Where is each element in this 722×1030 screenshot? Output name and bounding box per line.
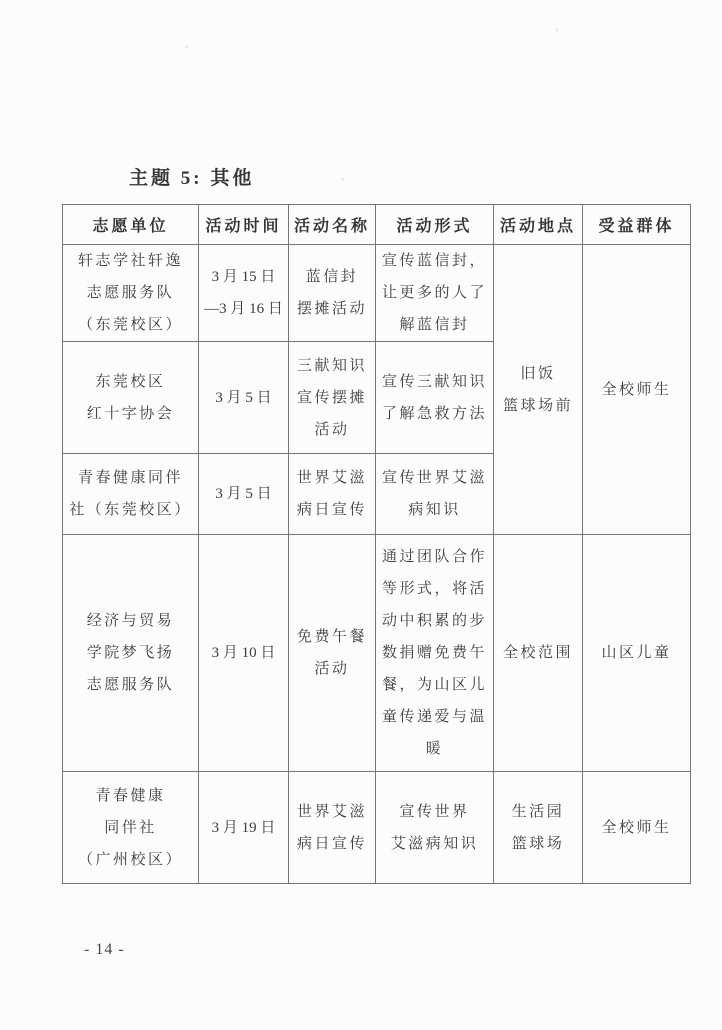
table-header-row: 志愿单位 活动时间 活动名称 活动形式 活动地点 受益群体 xyxy=(63,205,691,245)
cell-location: 全校范围 xyxy=(494,535,583,772)
cell-form: 宣传蓝信封， 让更多的人了 解蓝信封 xyxy=(376,245,494,342)
cell-name: 三献知识 宣传摆摊 活动 xyxy=(289,342,376,454)
table-row: 青春健康 同伴社 （广州校区） 3 月 19 日 世界艾滋 病日宣传 宣传世界 … xyxy=(63,772,691,884)
cell-time: 3 月 19 日 xyxy=(199,772,289,884)
activities-table: 志愿单位 活动时间 活动名称 活动形式 活动地点 受益群体 轩志学社轩逸 志愿服… xyxy=(62,204,691,884)
column-header-name: 活动名称 xyxy=(289,205,376,245)
page-title: 主题 5: 其他 xyxy=(129,163,254,190)
cell-name: 世界艾滋 病日宣传 xyxy=(289,772,376,884)
cell-beneficiary: 全校师生 xyxy=(583,245,691,535)
cell-time: 3 月 10 日 xyxy=(199,535,289,772)
cell-time: 3 月 15 日 —3 月 16 日 xyxy=(199,245,289,342)
table-row: 轩志学社轩逸 志愿服务队 （东莞校区） 3 月 15 日 —3 月 16 日 蓝… xyxy=(63,245,691,342)
document-page: 主题 5: 其他 志愿单位 活动时间 活动名称 活动形式 活动地点 受益群体 轩… xyxy=(0,0,722,1030)
column-header-form: 活动形式 xyxy=(376,205,494,245)
cell-beneficiary: 全校师生 xyxy=(583,772,691,884)
cell-time: 3 月 5 日 xyxy=(199,342,289,454)
cell-name: 世界艾滋 病日宣传 xyxy=(289,454,376,535)
column-header-time: 活动时间 xyxy=(199,205,289,245)
column-header-beneficiary: 受益群体 xyxy=(583,205,691,245)
cell-form: 通过团队合作 等形式，将活 动中积累的步 数捐赠免费午 餐，为山区儿 童传递爱与… xyxy=(376,535,494,772)
scan-artifact xyxy=(185,45,188,48)
cell-unit: 青春健康同伴 社（东莞校区） xyxy=(63,454,199,535)
cell-beneficiary: 山区儿童 xyxy=(583,535,691,772)
cell-unit: 青春健康 同伴社 （广州校区） xyxy=(63,772,199,884)
table-row: 经济与贸易 学院梦飞扬 志愿服务队 3 月 10 日 免费午餐 活动 通过团队合… xyxy=(63,535,691,772)
cell-location: 生活园 篮球场 xyxy=(494,772,583,884)
column-header-location: 活动地点 xyxy=(494,205,583,245)
scan-artifact xyxy=(556,28,558,32)
cell-time: 3 月 5 日 xyxy=(199,454,289,535)
cell-name: 蓝信封 摆摊活动 xyxy=(289,245,376,342)
cell-form: 宣传三献知识 了解急救方法 xyxy=(376,342,494,454)
scan-artifact xyxy=(341,178,344,181)
cell-unit: 经济与贸易 学院梦飞扬 志愿服务队 xyxy=(63,535,199,772)
page-number: - 14 - xyxy=(84,941,125,959)
cell-form: 宣传世界 艾滋病知识 xyxy=(376,772,494,884)
cell-name: 免费午餐 活动 xyxy=(289,535,376,772)
cell-unit: 轩志学社轩逸 志愿服务队 （东莞校区） xyxy=(63,245,199,342)
cell-form: 宣传世界艾滋 病知识 xyxy=(376,454,494,535)
cell-location: 旧饭 篮球场前 xyxy=(494,245,583,535)
column-header-unit: 志愿单位 xyxy=(63,205,199,245)
cell-unit: 东莞校区 红十字协会 xyxy=(63,342,199,454)
